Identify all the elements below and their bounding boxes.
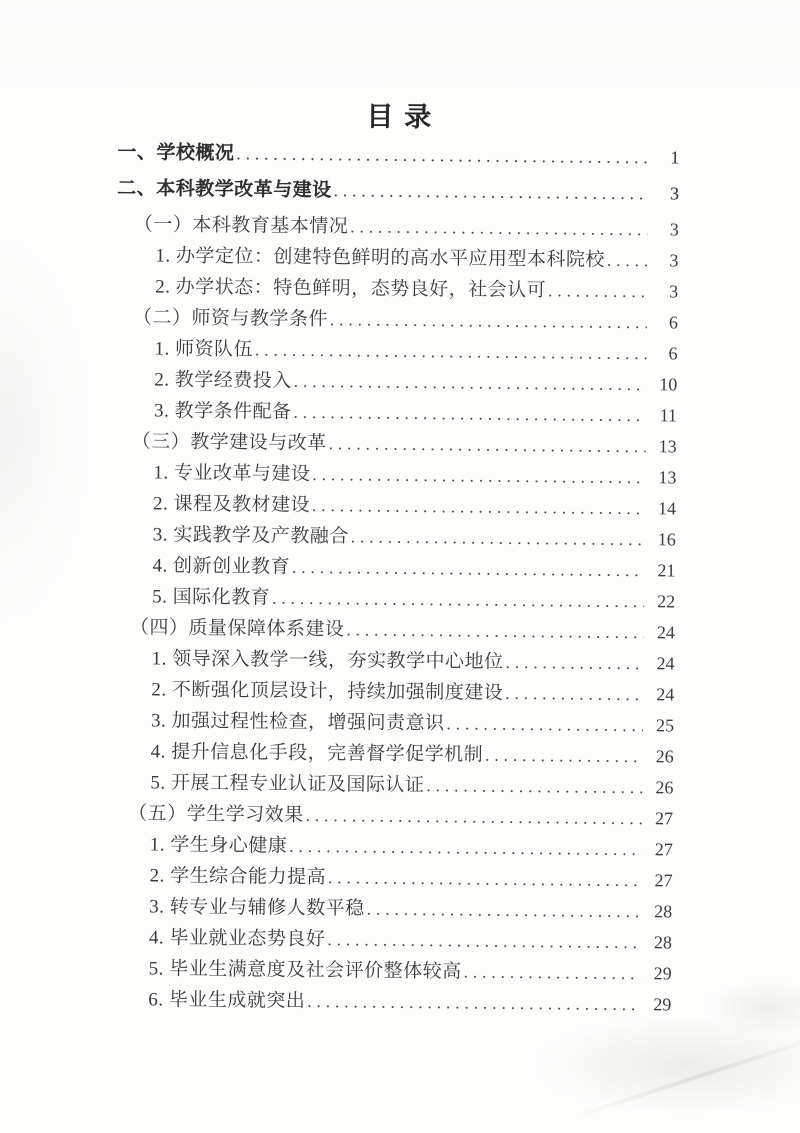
toc-entry: 3. 实践教学及产教融合16 [153, 519, 676, 555]
toc-entry-page: 14 [650, 493, 676, 524]
toc-entry-page: 26 [647, 772, 673, 803]
toc-leader-dots [548, 275, 647, 307]
toc-entry-label: 4. 提升信息化手段，完善督学促学机制 [151, 736, 484, 770]
toc-entry-page: 27 [647, 803, 673, 834]
toc-entry-label: （三）教学建设与改革 [132, 426, 327, 459]
toc-leader-dots [367, 894, 642, 928]
toc-leader-dots [351, 521, 645, 555]
toc-entry-page: 13 [650, 462, 676, 493]
toc-entry-page: 29 [645, 958, 671, 989]
toc-entry-page: 6 [651, 338, 677, 369]
toc-entry-label: 5. 毕业生满意度及社会评价整体较高 [148, 953, 461, 987]
toc-entry-label: 一、学校概况 [117, 137, 234, 169]
toc-entry-label: （五）学生学习效果 [128, 798, 304, 831]
toc-entry-page: 27 [647, 834, 673, 865]
toc-leader-dots [446, 708, 643, 741]
toc-entry-label: 4. 毕业就业态势良好 [149, 922, 326, 955]
toc-leader-dots [305, 800, 642, 834]
toc-entry-label: （二）师资与教学条件 [133, 302, 328, 335]
toc-leader-dots [327, 924, 641, 958]
toc-entry-label: 4. 创新创业教育 [152, 550, 290, 582]
toc-entry-page: 3 [653, 178, 679, 209]
toc-entry-label: （四）质量保障体系建设 [130, 612, 345, 645]
toc-entry-page: 1 [653, 142, 679, 173]
toc-entry-label: 3. 加强过程性检查，增强问责意识 [151, 705, 445, 739]
toc-leader-dots [255, 334, 647, 369]
toc-entry-label: 1. 学生身心健康 [150, 829, 288, 861]
toc-entry-label: 5. 国际化教育 [152, 581, 270, 613]
toc-entry-label: 二、本科教学改革与建设 [117, 173, 332, 206]
toc-entry-page: 11 [651, 400, 677, 431]
toc-entry: 2. 教学经费投入10 [154, 364, 677, 400]
toc-entry: 1. 办学定位：创建特色鲜明的高水平应用型本科院校3 [155, 240, 678, 276]
toc-entry: 3. 转专业与辅修人数平稳28 [149, 891, 672, 927]
toc-leader-dots [329, 428, 646, 462]
toc-entry-label: 3. 实践教学及产教融合 [153, 519, 349, 552]
toc-entry-page: 28 [646, 896, 672, 927]
toc-leader-dots [328, 862, 642, 896]
toc-entry-label: 2. 学生综合能力提高 [149, 860, 326, 893]
toc-entry: （一）本科教育基本情况3 [134, 209, 679, 245]
toc-entry: 1. 学生身心健康27 [150, 829, 673, 865]
toc-entry-label: 2. 课程及教材建设 [153, 488, 310, 521]
toc-leader-dots [236, 138, 648, 173]
toc-entry-page: 28 [646, 927, 672, 958]
toc-leader-dots [505, 647, 643, 679]
toc-entry: 5. 国际化教育22 [152, 581, 675, 617]
toc-entry: 2. 课程及教材建设14 [153, 488, 676, 524]
toc-leader-dots [294, 366, 647, 400]
toc-leader-dots [426, 770, 642, 803]
toc-entry-page: 16 [650, 524, 676, 555]
toc-entry-page: 10 [651, 369, 677, 400]
toc-entry: 1. 领导深入教学一线，夯实教学中心地位24 [151, 643, 674, 679]
toc-entry-page: 6 [652, 307, 678, 338]
toc-entry-label: 1. 领导深入教学一线，夯实教学中心地位 [151, 643, 503, 677]
toc-leader-dots [292, 552, 645, 586]
toc-entry-page: 21 [649, 555, 675, 586]
toc-entry: 1. 专业改革与建设13 [153, 457, 676, 493]
document-page: 目 录 一、学校概况1二、本科教学改革与建设3（一）本科教育基本情况31. 办学… [0, 0, 800, 1133]
toc-entry: 5. 开展工程专业认证及国际认证26 [150, 767, 673, 803]
toc-entry-page: 3 [653, 214, 679, 245]
toc-leader-dots [330, 304, 647, 338]
toc-leader-dots [312, 490, 645, 524]
toc-entry-page: 26 [648, 741, 674, 772]
toc-entry-label: 1. 专业改革与建设 [153, 457, 310, 490]
toc-leader-dots [307, 986, 640, 1020]
toc-entry: 3. 加强过程性检查，增强问责意识25 [151, 705, 674, 741]
toc-leader-dots [607, 245, 648, 276]
toc-leader-dots [312, 459, 645, 493]
scan-artifact-streak [576, 1034, 800, 1118]
scanned-content: 目 录 一、学校概况1二、本科教学改革与建设3（一）本科教育基本情况31. 办学… [0, 97, 800, 1022]
toc-entry-page: 3 [652, 245, 678, 276]
toc-entry: 2. 学生综合能力提高27 [149, 860, 672, 896]
toc-entry: 2. 不断强化顶层设计，持续加强制度建设24 [151, 674, 674, 710]
toc-list: 一、学校概况1二、本科教学改革与建设3（一）本科教育基本情况31. 办学定位：创… [0, 136, 800, 1022]
toc-entry-label: 2. 办学状态：特色鲜明，态势良好，社会认可 [155, 271, 546, 306]
toc-entry: 一、学校概况1 [117, 137, 679, 173]
toc-entry-label: 1. 师资队伍 [154, 333, 253, 365]
toc-entry-page: 25 [648, 710, 674, 741]
toc-entry-label: 6. 毕业生成就突出 [148, 984, 305, 1017]
toc-entry: 4. 毕业就业态势良好28 [149, 922, 672, 958]
toc-entry-label: 3. 转专业与辅修人数平稳 [149, 891, 365, 924]
toc-entry-page: 27 [646, 865, 672, 896]
toc-entry: 1. 师资队伍6 [154, 333, 677, 369]
toc-entry-label: （一）本科教育基本情况 [134, 209, 349, 242]
toc-entry-label: 5. 开展工程专业认证及国际认证 [150, 767, 424, 801]
toc-leader-dots [293, 397, 646, 431]
toc-entry: 5. 毕业生满意度及社会评价整体较高29 [148, 953, 671, 989]
toc-entry-label: 1. 办学定位：创建特色鲜明的高水平应用型本科院校 [155, 240, 605, 275]
toc-entry-label: 2. 不断强化顶层设计，持续加强制度建设 [151, 674, 503, 708]
toc-entry-page: 13 [651, 431, 677, 462]
toc-entry: 4. 创新创业教育21 [152, 550, 675, 586]
toc-entry-page: 24 [648, 679, 674, 710]
toc-leader-dots [346, 614, 644, 648]
toc-title: 目 录 [0, 97, 800, 137]
toc-leader-dots [505, 678, 643, 710]
toc-entry: 3. 教学条件配备11 [154, 395, 677, 431]
toc-leader-dots [289, 831, 642, 865]
toc-entry-page: 22 [649, 586, 675, 617]
toc-entry-page: 24 [649, 617, 675, 648]
toc-entry-page: 24 [648, 648, 674, 679]
toc-entry-label: 2. 教学经费投入 [154, 364, 292, 396]
toc-entry: 2. 办学状态：特色鲜明，态势良好，社会认可3 [155, 271, 678, 307]
toc-leader-dots [272, 583, 644, 618]
toc-leader-dots [350, 211, 648, 245]
toc-entry-label: 3. 教学条件配备 [154, 395, 292, 427]
toc-entry-page: 3 [652, 276, 678, 307]
toc-entry: 4. 提升信息化手段，完善督学促学机制26 [151, 736, 674, 772]
toc-leader-dots [463, 956, 640, 989]
toc-entry-page: 29 [645, 989, 671, 1020]
toc-entry: 6. 毕业生成就突出29 [148, 984, 671, 1020]
toc-leader-dots [333, 175, 648, 209]
toc-leader-dots [485, 740, 643, 773]
toc-entry: 二、本科教学改革与建设3 [117, 173, 679, 209]
